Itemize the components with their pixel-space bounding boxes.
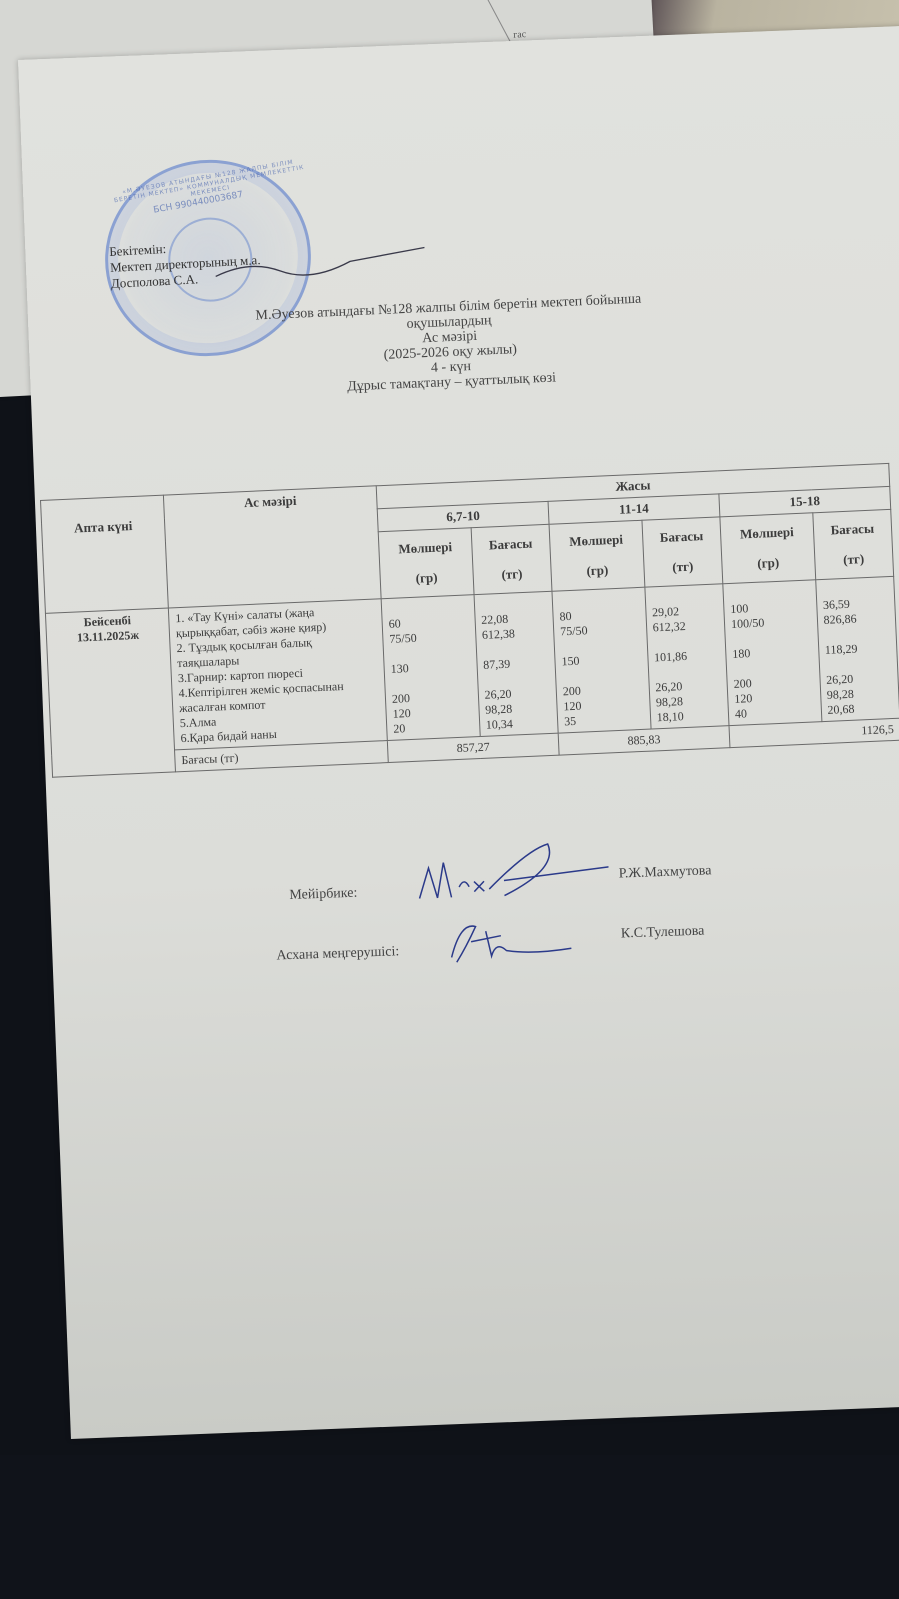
signature-name: Р.Ж.Махмутова: [619, 863, 712, 882]
approval-block: Бекітемін: Мектеп директорының м.а. Досп…: [109, 236, 262, 292]
price-column: 22,08 612,38 87,39 26,20 98,28 10,34: [474, 591, 558, 736]
price-column: 36,59 826,86 118,29 26,20 98,28 20,68: [815, 576, 899, 721]
header-price: Бағасы(тг): [812, 509, 893, 579]
group-label: 11-14: [619, 500, 649, 516]
amount-label: Мөлшері: [556, 524, 637, 557]
price-unit: (тг): [820, 543, 887, 576]
price-unit: (тг): [479, 558, 546, 591]
amount-value: 40: [735, 703, 815, 721]
amount-unit: (гр): [386, 561, 467, 594]
price-label: Бағасы: [819, 513, 886, 546]
amount-value: 20: [393, 718, 473, 736]
price-label: Бағасы: [648, 521, 715, 554]
amount-column: 80 75/50 150 200 120 35: [552, 587, 651, 733]
signature-name: К.С.Тулешова: [621, 924, 705, 943]
header-amount: Мөлшері(гр): [720, 513, 815, 584]
header-menu: Ас мәзірі: [163, 486, 381, 608]
amount-unit: (гр): [557, 554, 638, 587]
header-day: Апта күні: [41, 495, 169, 613]
header-amount: Мөлшері(гр): [378, 528, 473, 599]
dish-list: 1. «Тау Күні» салаты (жаңа қырыққабат, с…: [168, 599, 387, 750]
menu-table: Апта күні Ас мәзірі Жасы 6,7-10 11-14 15…: [40, 463, 899, 778]
header-price: Бағасы(тг): [471, 524, 552, 594]
amount-column: 100 100/50 180 200 120 40: [723, 580, 822, 726]
price-label: Бағасы: [477, 528, 544, 561]
price-column: 29,02 612,32 101,86 26,20 98,28 18,10: [644, 584, 728, 729]
amount-unit: (гр): [728, 547, 809, 580]
price-value: 10,34: [486, 715, 552, 733]
header-price: Бағасы(тг): [642, 517, 723, 587]
amount-label: Мөлшері: [726, 517, 807, 550]
signature-role: Мейірбике:: [289, 886, 358, 904]
dark-surface: [0, 1455, 899, 1599]
price-value: 20,68: [827, 700, 893, 718]
amount-column: 60 75/50 130 200 120 20: [381, 595, 480, 741]
price-value: 18,10: [656, 707, 722, 725]
header-amount: Мөлшері(гр): [549, 520, 644, 591]
header-day-label: Апта күні: [74, 518, 133, 536]
canteen-signature-icon: [410, 897, 612, 974]
group-label: 6,7-10: [446, 508, 480, 524]
price-unit: (тг): [650, 551, 717, 584]
group-label: 15-18: [789, 493, 820, 509]
header-menu-label: Ас мәзірі: [244, 493, 297, 510]
day-cell: Бейсенбі 13.11.2025ж: [45, 608, 175, 777]
amount-label: Мөлшері: [385, 532, 466, 565]
sheet-fragment: гас: [513, 29, 527, 41]
header-age-label: Жасы: [615, 477, 651, 494]
